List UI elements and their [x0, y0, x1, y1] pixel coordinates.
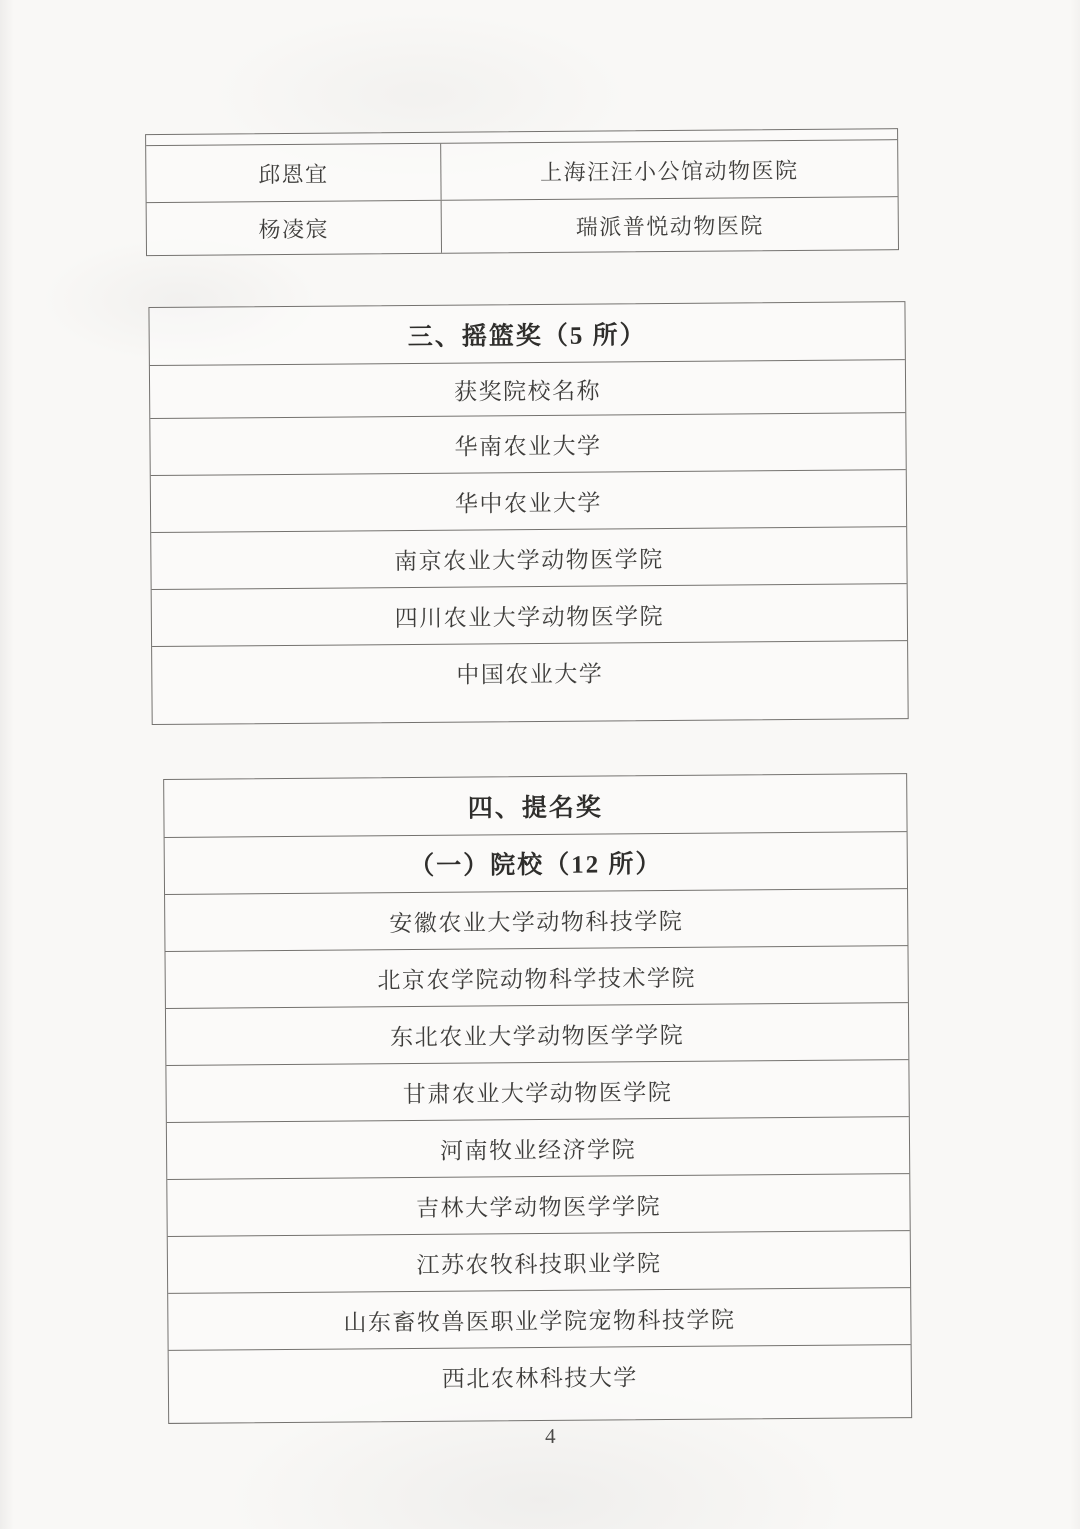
nominated-school-row: 甘肃农业大学动物医学院: [166, 1059, 908, 1122]
winner-organization-cell: 瑞派普悦动物医院: [442, 197, 898, 253]
individual-winners-table: 邱恩宜 上海汪汪小公馆动物医院 杨凌宸 瑞派普悦动物医院: [145, 128, 899, 256]
cradle-award-table: 三、摇篮奖（5 所） 获奖院校名称 华南农业大学 华中农业大学 南京农业大学动物…: [148, 301, 908, 725]
nominated-school-row: 吉林大学动物医学学院: [167, 1173, 909, 1236]
nomination-award-title: 四、提名奖: [164, 774, 906, 837]
nominated-school-row: 江苏农牧科技职业学院: [168, 1230, 910, 1293]
table-row: 杨凌宸 瑞派普悦动物医院: [147, 196, 898, 255]
nominated-school-row: 东北农业大学动物医学学院: [166, 1002, 908, 1065]
nomination-award-subtitle: （一）院校（12 所）: [165, 831, 907, 894]
scanned-document-page: 邱恩宜 上海汪汪小公馆动物医院 杨凌宸 瑞派普悦动物医院 三、摇篮奖（5 所） …: [0, 0, 1080, 1529]
nominated-school-row: 安徽农业大学动物科技学院: [165, 888, 907, 951]
awarded-school-row: 华中农业大学: [151, 469, 906, 532]
table-row: 邱恩宜 上海汪汪小公馆动物医院: [146, 139, 897, 202]
awarded-school-row: 中国农业大学: [152, 640, 907, 703]
page-number: 4: [5, 1420, 1080, 1454]
winner-organization-cell: 上海汪汪小公馆动物医院: [441, 140, 897, 200]
nominated-school-row: 北京农学院动物科学技术学院: [165, 945, 907, 1008]
nominated-school-row: 山东畜牧兽医职业学院宠物科技学院: [168, 1287, 910, 1350]
nominated-school-row: 河南牧业经济学院: [167, 1116, 909, 1179]
nominated-school-row: 西北农林科技大学: [169, 1344, 911, 1407]
cradle-award-column-header: 获奖院校名称: [150, 359, 905, 418]
nomination-award-table: 四、提名奖 （一）院校（12 所） 安徽农业大学动物科技学院 北京农学院动物科学…: [163, 773, 912, 1424]
winner-name-cell: 杨凌宸: [147, 201, 442, 255]
awarded-school-row: 华南农业大学: [150, 412, 905, 475]
winner-name-cell: 邱恩宜: [146, 144, 441, 202]
scan-content: 邱恩宜 上海汪汪小公馆动物医院 杨凌宸 瑞派普悦动物医院 三、摇篮奖（5 所） …: [0, 0, 1080, 1529]
awarded-school-row: 四川农业大学动物医学院: [152, 583, 907, 646]
awarded-school-row: 南京农业大学动物医学院: [151, 526, 906, 589]
cradle-award-title: 三、摇篮奖（5 所）: [149, 302, 904, 365]
